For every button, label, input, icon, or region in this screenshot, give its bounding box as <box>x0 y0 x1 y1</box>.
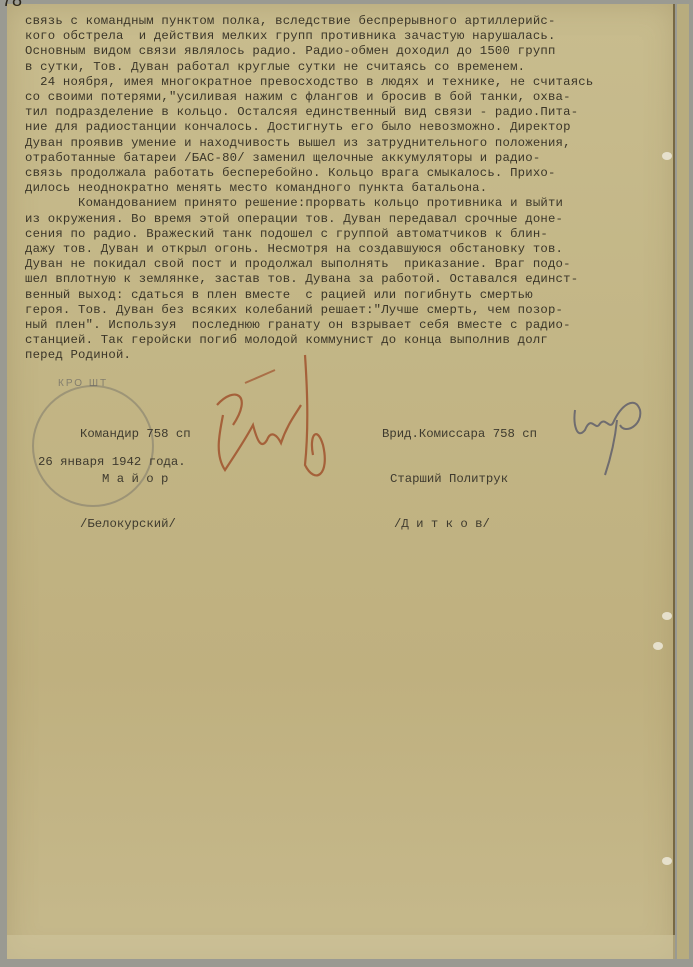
body-line: тил подразделение в кольцо. Осталсяя еди… <box>25 105 655 120</box>
punch-hole <box>653 642 663 650</box>
body-line: Дуван проявив умение и находчивость выше… <box>25 136 655 151</box>
body-line: героя. Тов. Дуван без всяких колебаний р… <box>25 303 655 318</box>
body-line: ный плен". Используя последнюю гранату о… <box>25 318 655 333</box>
commissar-title: Врид.Комиссара 758 сп <box>382 427 537 442</box>
body-line: Командованием принято решение:прорвать к… <box>25 196 655 211</box>
punch-hole <box>662 612 672 620</box>
commander-rank: М а й о р <box>80 472 191 487</box>
stamp-text: КРО ШТ <box>58 378 108 389</box>
body-line: сения по радио. Вражеский танк подошел с… <box>25 227 655 242</box>
document-date: 26 января 1942 года. <box>38 455 186 469</box>
commissar-name: /Д и т к о в/ <box>382 517 537 532</box>
typewritten-body: связь с командным пунктом полка, вследст… <box>25 14 655 364</box>
signature-block-commissar: Врид.Комиссара 758 сп Старший Политрук /… <box>382 397 537 547</box>
body-line: Дуван не покидал свой пост и продолжал в… <box>25 257 655 272</box>
body-line: дилось неоднократно менять место командн… <box>25 181 655 196</box>
page-number-mark: 78 <box>2 0 22 11</box>
body-line: связь с командным пунктом полка, вследст… <box>25 14 655 29</box>
signature-block-commander: Командир 758 сп М а й о р /Белокурский/ <box>80 397 191 547</box>
body-line: кого обстрела и действия мелких групп пр… <box>25 29 655 44</box>
commander-name: /Белокурский/ <box>80 517 191 532</box>
body-line: отработанные батареи /БАС-80/ заменил ще… <box>25 151 655 166</box>
commander-title: Командир 758 сп <box>80 427 191 442</box>
body-line: в сутки, Тов. Дуван работал круглые сутк… <box>25 60 655 75</box>
body-line: 24 ноября, имея многократное превосходст… <box>25 75 655 90</box>
fold-line <box>673 4 675 959</box>
body-line: дажу тов. Дуван и открыл огонь. Несмотря… <box>25 242 655 257</box>
commissar-rank: Старший Политрук <box>382 472 537 487</box>
body-line: ние для радиостанции кончалось. Достигну… <box>25 120 655 135</box>
punch-hole <box>662 857 672 865</box>
body-line: венный выход: сдаться в плен вместе с ра… <box>25 288 655 303</box>
body-line: связь продолжала работать бесперебойно. … <box>25 166 655 181</box>
body-line: шел вплотную к землянке, застав тов. Дув… <box>25 272 655 287</box>
body-line: из окружения. Во время этой операции тов… <box>25 212 655 227</box>
handwritten-signature-commissar <box>565 385 665 480</box>
body-line: Основным видом связи являлось радио. Рад… <box>25 44 655 59</box>
body-line: со своими потерями,"усиливая нажим с фла… <box>25 90 655 105</box>
punch-hole <box>662 152 672 160</box>
page-edge-strip <box>677 4 689 959</box>
handwritten-signature-commander <box>205 345 345 495</box>
